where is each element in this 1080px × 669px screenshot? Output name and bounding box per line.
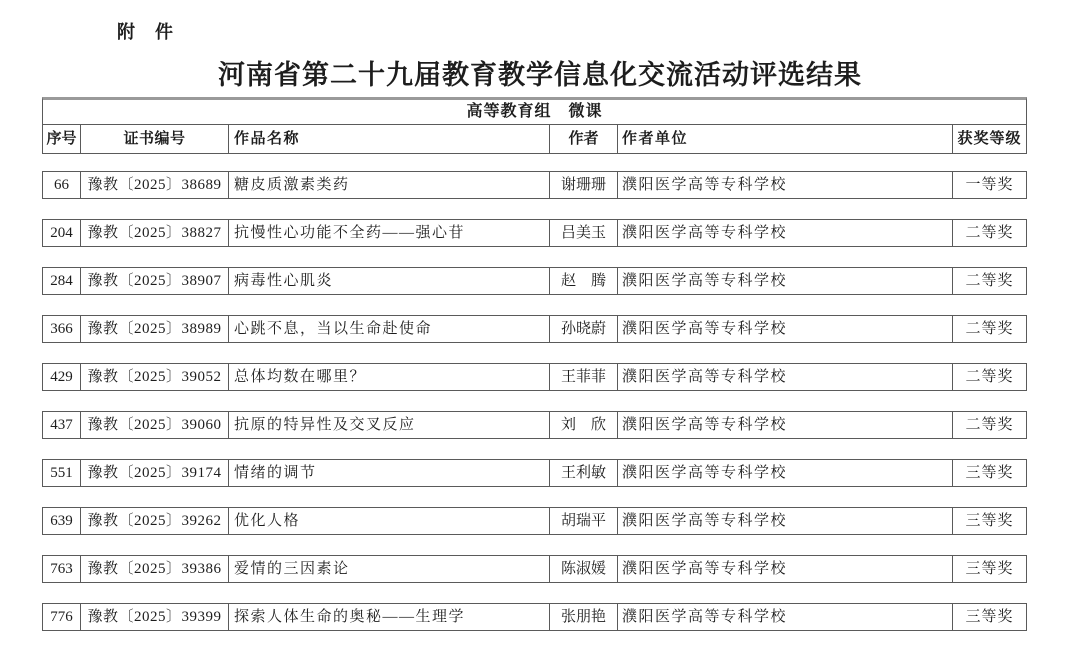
cell-organization: 濮阳医学高等专科学校 xyxy=(618,364,953,390)
cell-work-title: 病毒性心肌炎 xyxy=(229,268,550,294)
column-header-author: 作者 xyxy=(550,125,618,153)
cell-award: 三等奖 xyxy=(953,460,1026,486)
cell-work-title: 情绪的调节 xyxy=(229,460,550,486)
table-rows: 66 豫教〔2025〕38689 糖皮质激素类药 谢珊珊 濮阳医学高等专科学校 … xyxy=(42,171,1027,631)
cell-certificate: 豫教〔2025〕39386 xyxy=(81,556,229,582)
awards-table: 高等教育组 微课 序号 证书编号 作品名称 作者 作者单位 获奖等级 66 豫教… xyxy=(42,97,1027,651)
cell-certificate: 豫教〔2025〕38907 xyxy=(81,268,229,294)
cell-serial: 776 xyxy=(43,604,81,630)
cell-organization: 濮阳医学高等专科学校 xyxy=(618,316,953,342)
cell-serial: 366 xyxy=(43,316,81,342)
cell-award: 二等奖 xyxy=(953,220,1026,246)
cell-award: 三等奖 xyxy=(953,556,1026,582)
cell-work-title: 总体均数在哪里？ xyxy=(229,364,550,390)
cell-organization: 濮阳医学高等专科学校 xyxy=(618,268,953,294)
table-row: 551 豫教〔2025〕39174 情绪的调节 王利敏 濮阳医学高等专科学校 三… xyxy=(42,459,1027,487)
cell-serial: 429 xyxy=(43,364,81,390)
cell-author: 刘 欣 xyxy=(550,412,618,438)
cell-author: 陈淑媛 xyxy=(550,556,618,582)
cell-certificate: 豫教〔2025〕39262 xyxy=(81,508,229,534)
attachment-label: 附 件 xyxy=(117,18,174,44)
cell-serial: 437 xyxy=(43,412,81,438)
cell-author: 张朋艳 xyxy=(550,604,618,630)
cell-work-title: 糖皮质激素类药 xyxy=(229,172,550,198)
cell-author: 赵 腾 xyxy=(550,268,618,294)
cell-author: 王利敏 xyxy=(550,460,618,486)
cell-award: 三等奖 xyxy=(953,604,1026,630)
table-row: 429 豫教〔2025〕39052 总体均数在哪里？ 王菲菲 濮阳医学高等专科学… xyxy=(42,363,1027,391)
table-column-headers: 序号 证书编号 作品名称 作者 作者单位 获奖等级 xyxy=(43,125,1026,153)
page-title: 河南省第二十九届教育教学信息化交流活动评选结果 xyxy=(0,53,1080,92)
cell-certificate: 豫教〔2025〕38989 xyxy=(81,316,229,342)
table-row: 284 豫教〔2025〕38907 病毒性心肌炎 赵 腾 濮阳医学高等专科学校 … xyxy=(42,267,1027,295)
table-row: 66 豫教〔2025〕38689 糖皮质激素类药 谢珊珊 濮阳医学高等专科学校 … xyxy=(42,171,1027,199)
cell-organization: 濮阳医学高等专科学校 xyxy=(618,172,953,198)
cell-organization: 濮阳医学高等专科学校 xyxy=(618,220,953,246)
cell-serial: 639 xyxy=(43,508,81,534)
cell-work-title: 抗慢性心功能不全药——强心苷 xyxy=(229,220,550,246)
column-header-organization: 作者单位 xyxy=(618,125,953,153)
cell-work-title: 爱情的三因素论 xyxy=(229,556,550,582)
cell-serial: 284 xyxy=(43,268,81,294)
cell-organization: 濮阳医学高等专科学校 xyxy=(618,604,953,630)
table-group-header: 高等教育组 微课 xyxy=(43,100,1026,125)
cell-certificate: 豫教〔2025〕39174 xyxy=(81,460,229,486)
cell-work-title: 心跳不息，当以生命赴使命 xyxy=(229,316,550,342)
cell-award: 一等奖 xyxy=(953,172,1026,198)
table-row: 763 豫教〔2025〕39386 爱情的三因素论 陈淑媛 濮阳医学高等专科学校… xyxy=(42,555,1027,583)
column-header-award: 获奖等级 xyxy=(953,125,1026,153)
cell-certificate: 豫教〔2025〕39060 xyxy=(81,412,229,438)
cell-serial: 204 xyxy=(43,220,81,246)
table-header-box: 高等教育组 微课 序号 证书编号 作品名称 作者 作者单位 获奖等级 xyxy=(42,97,1027,154)
cell-work-title: 抗原的特异性及交叉反应 xyxy=(229,412,550,438)
cell-certificate: 豫教〔2025〕38689 xyxy=(81,172,229,198)
cell-work-title: 优化人格 xyxy=(229,508,550,534)
table-row: 366 豫教〔2025〕38989 心跳不息，当以生命赴使命 孙晓蔚 濮阳医学高… xyxy=(42,315,1027,343)
cell-author: 吕美玉 xyxy=(550,220,618,246)
cell-organization: 濮阳医学高等专科学校 xyxy=(618,508,953,534)
cell-certificate: 豫教〔2025〕39052 xyxy=(81,364,229,390)
cell-serial: 551 xyxy=(43,460,81,486)
cell-certificate: 豫教〔2025〕38827 xyxy=(81,220,229,246)
table-row: 204 豫教〔2025〕38827 抗慢性心功能不全药——强心苷 吕美玉 濮阳医… xyxy=(42,219,1027,247)
cell-award: 二等奖 xyxy=(953,412,1026,438)
cell-organization: 濮阳医学高等专科学校 xyxy=(618,460,953,486)
cell-certificate: 豫教〔2025〕39399 xyxy=(81,604,229,630)
document-page: 附 件 河南省第二十九届教育教学信息化交流活动评选结果 高等教育组 微课 序号 … xyxy=(0,0,1080,669)
table-row: 639 豫教〔2025〕39262 优化人格 胡瑞平 濮阳医学高等专科学校 三等… xyxy=(42,507,1027,535)
column-header-certificate: 证书编号 xyxy=(81,125,229,153)
cell-award: 三等奖 xyxy=(953,508,1026,534)
cell-author: 王菲菲 xyxy=(550,364,618,390)
column-header-serial: 序号 xyxy=(43,125,81,153)
table-row: 437 豫教〔2025〕39060 抗原的特异性及交叉反应 刘 欣 濮阳医学高等… xyxy=(42,411,1027,439)
cell-author: 谢珊珊 xyxy=(550,172,618,198)
cell-author: 胡瑞平 xyxy=(550,508,618,534)
cell-award: 二等奖 xyxy=(953,268,1026,294)
cell-organization: 濮阳医学高等专科学校 xyxy=(618,556,953,582)
cell-award: 二等奖 xyxy=(953,316,1026,342)
cell-author: 孙晓蔚 xyxy=(550,316,618,342)
column-header-work-title: 作品名称 xyxy=(229,125,550,153)
cell-serial: 763 xyxy=(43,556,81,582)
table-row: 776 豫教〔2025〕39399 探索人体生命的奥秘——生理学 张朋艳 濮阳医… xyxy=(42,603,1027,631)
cell-award: 二等奖 xyxy=(953,364,1026,390)
cell-work-title: 探索人体生命的奥秘——生理学 xyxy=(229,604,550,630)
cell-organization: 濮阳医学高等专科学校 xyxy=(618,412,953,438)
cell-serial: 66 xyxy=(43,172,81,198)
